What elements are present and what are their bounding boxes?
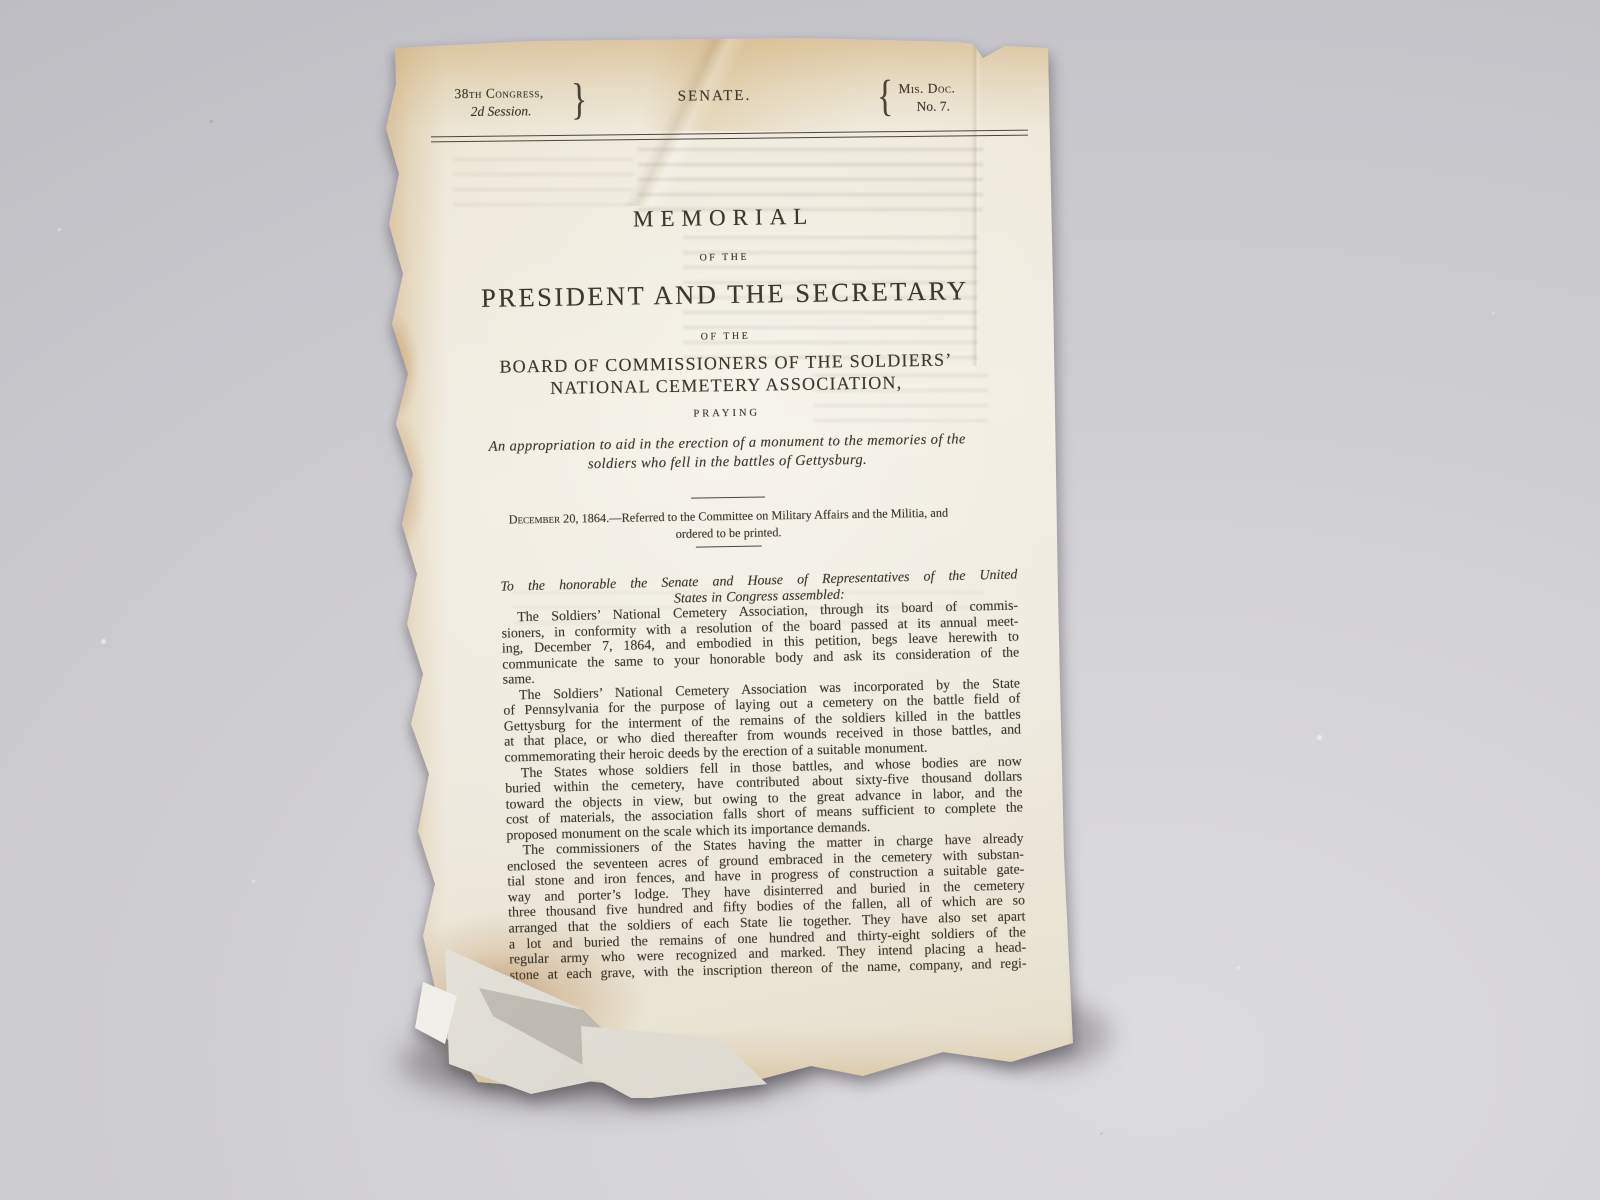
stain-right-edge xyxy=(1067,36,1083,1098)
separator-rule-1 xyxy=(691,496,765,498)
masthead: 38th Congress, 2d Session. } SENATE. { M… xyxy=(374,32,1074,40)
page-content: 38th Congress, 2d Session. } SENATE. { M… xyxy=(374,31,1091,1104)
body-text: To the honorable the Senate and House of… xyxy=(500,567,1026,983)
title-memorial: MEMORIAL xyxy=(417,200,1031,236)
chamber-heading: SENATE. xyxy=(614,87,814,106)
body-paragraph-1: The Soldiers’ National Cemetery Associat… xyxy=(501,599,1020,689)
title-of-the-1: OF THE xyxy=(417,247,1031,268)
doc-number-label: No. 7. xyxy=(917,99,951,115)
document-page: 38th Congress, 2d Session. } SENATE. { M… xyxy=(383,36,1083,1098)
title-block: MEMORIAL OF THE PRESIDENT AND THE SECRET… xyxy=(414,31,1028,41)
session-label: 2d Session. xyxy=(471,103,532,120)
reference-text: —Referred to the Committee on Military A… xyxy=(609,506,948,525)
separator-rule-2 xyxy=(696,546,762,548)
left-brace: } xyxy=(571,74,587,125)
reference-date: December 20, 1864. xyxy=(509,511,610,527)
paper-sheet: 38th Congress, 2d Session. } SENATE. { M… xyxy=(383,36,1083,1098)
congress-label: 38th Congress, xyxy=(454,85,543,102)
double-rule xyxy=(431,130,1028,142)
photo-background: 38th Congress, 2d Session. } SENATE. { M… xyxy=(0,0,1600,1200)
title-of-the-2: OF THE xyxy=(418,326,1032,347)
body-paragraph-2: The Soldiers’ National Cemetery Associat… xyxy=(503,676,1022,766)
body-paragraph-3: The States whose soldiers fell in those … xyxy=(505,754,1024,844)
body-paragraph-4: The commissioners of the States having t… xyxy=(507,832,1027,984)
doc-type-label: Mis. Doc. xyxy=(898,80,955,97)
praying-label: PRAYING xyxy=(420,403,1034,424)
title-president-secretary: PRESIDENT AND THE SECRETARY xyxy=(418,274,1032,315)
right-brace: { xyxy=(877,70,893,121)
